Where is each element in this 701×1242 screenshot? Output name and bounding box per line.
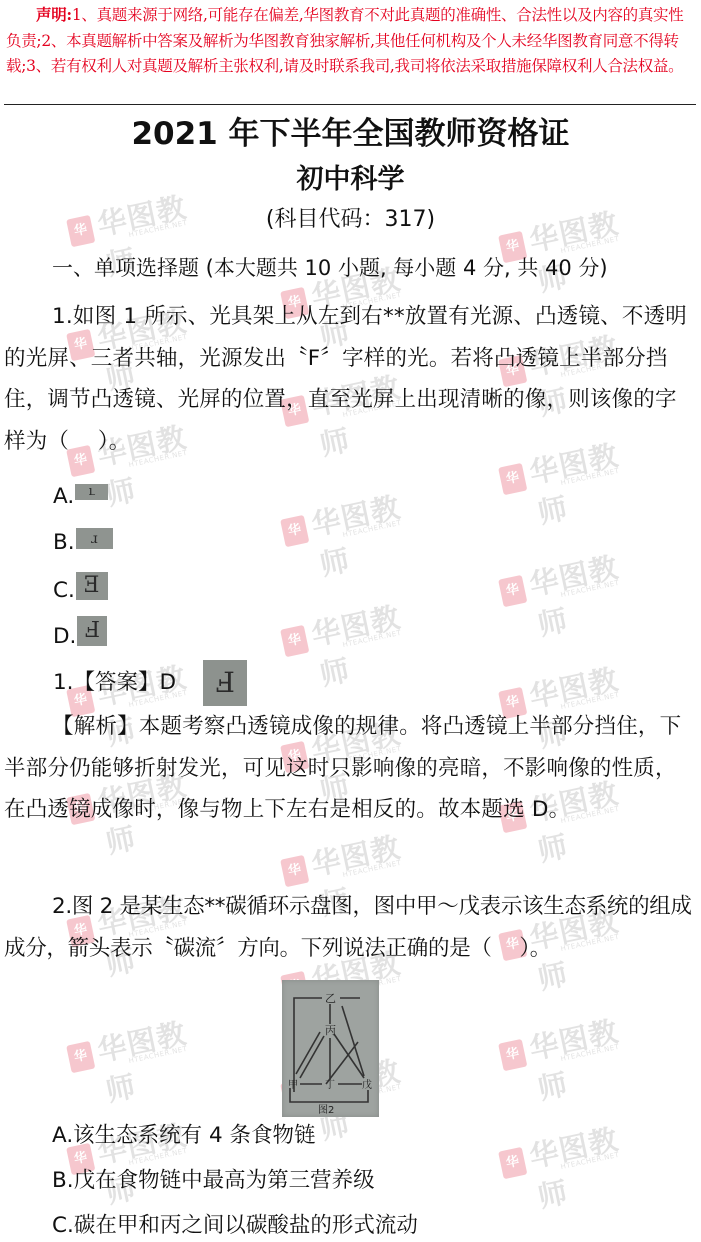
watermark: 华华图教师HTEACHER.NET [496,543,634,621]
option-image-b: ɹ [76,528,113,549]
watermark-logo-icon: 华 [498,575,527,607]
watermark-logo-icon: 华 [66,1041,95,1073]
watermark-logo-icon: 华 [498,463,527,495]
option-image-a: ւ [75,484,108,500]
disclaimer: 声明:1、真题来源于网络,可能存在偏差,华图教育不对此真题的准确性、合法性以及内… [6,2,696,80]
watermark-logo-icon: 华 [280,515,309,547]
watermark: 华华图教师HTEACHER.NET [278,593,416,671]
question-1-option-d: D. Ⅎ [53,616,107,652]
question-1-option-c: C. Ǝ [53,572,108,606]
question-2-stem: 2.图 2 是某生态**碳循环示盘图，图中甲～戊表示该生态系统的组成成分，箭头表… [4,886,694,969]
watermark: 华华图教师HTEACHER.NET [278,483,416,561]
answer-image: Ⅎ [203,660,247,706]
svg-text:图2: 图2 [318,1104,334,1116]
svg-text:甲: 甲 [288,1079,298,1091]
option-label: B. [53,528,75,558]
subject-code: (科目代码：317) [0,204,701,236]
carbon-cycle-diagram: 乙 丙 甲 丁 戊 图2 [282,980,379,1117]
option-image-c: Ǝ [76,572,108,600]
subject-title: 初中科学 [0,161,701,199]
svg-text:乙: 乙 [325,992,336,1005]
question-1-stem: 1.如图 1 所示、光具架上从左到右**放置有光源、凸透镜、不透明的光屏、三者共… [4,296,694,462]
question-1-analysis: 【解析】本题考察凸透镜成像的规律。将凸透镜上半部分挡住，下半部分仍能够折射发光，… [4,706,694,831]
disclaimer-lead: 声明: [36,5,72,24]
section-heading: 一、单项选择题 (本大题共 10 小题, 每小题 4 分, 共 40 分) [52,252,608,284]
watermark-logo-icon: 华 [498,1039,527,1071]
option-label: A. [53,482,74,512]
watermark-logo-icon: 华 [280,855,309,887]
page-title: 2021 年下半年全国教师资格证 [0,112,701,156]
question-1-option-a: A. ւ [53,482,108,512]
question-1-option-b: B. ɹ [53,528,113,558]
watermark: 华华图教师HTEACHER.NET [496,1007,634,1085]
question-1-answer: 1.【答案】D Ⅎ [53,660,247,706]
question-2-option-c: C.碳在甲和丙之间以碳酸盐的形式流动 [52,1210,418,1242]
header-divider [4,104,696,105]
watermark-logo-icon: 华 [498,1147,527,1179]
carbon-cycle-figure: 乙 丙 甲 丁 戊 图2 [282,980,379,1117]
option-image-d: Ⅎ [77,616,107,646]
watermark: 华华图教师HTEACHER.NET [64,1009,202,1087]
option-label: D. [53,622,76,652]
watermark-logo-icon: 华 [280,625,309,657]
svg-text:戊: 戊 [362,1078,372,1091]
disclaimer-text: 1、真题来源于网络,可能存在偏差,华图教育不对此真题的准确性、合法性以及内容的真… [6,6,683,75]
option-label: C. [53,576,75,606]
answer-label: 1.【答案】D [53,667,176,699]
question-2-option-b: B.戊在食物链中最高为第三营养级 [52,1165,375,1197]
watermark: 华华图教师HTEACHER.NET [496,1115,634,1193]
question-2-option-a: A.该生态系统有 4 条食物链 [52,1120,316,1152]
svg-text:丙: 丙 [325,1024,336,1037]
svg-text:丁: 丁 [325,1079,335,1091]
